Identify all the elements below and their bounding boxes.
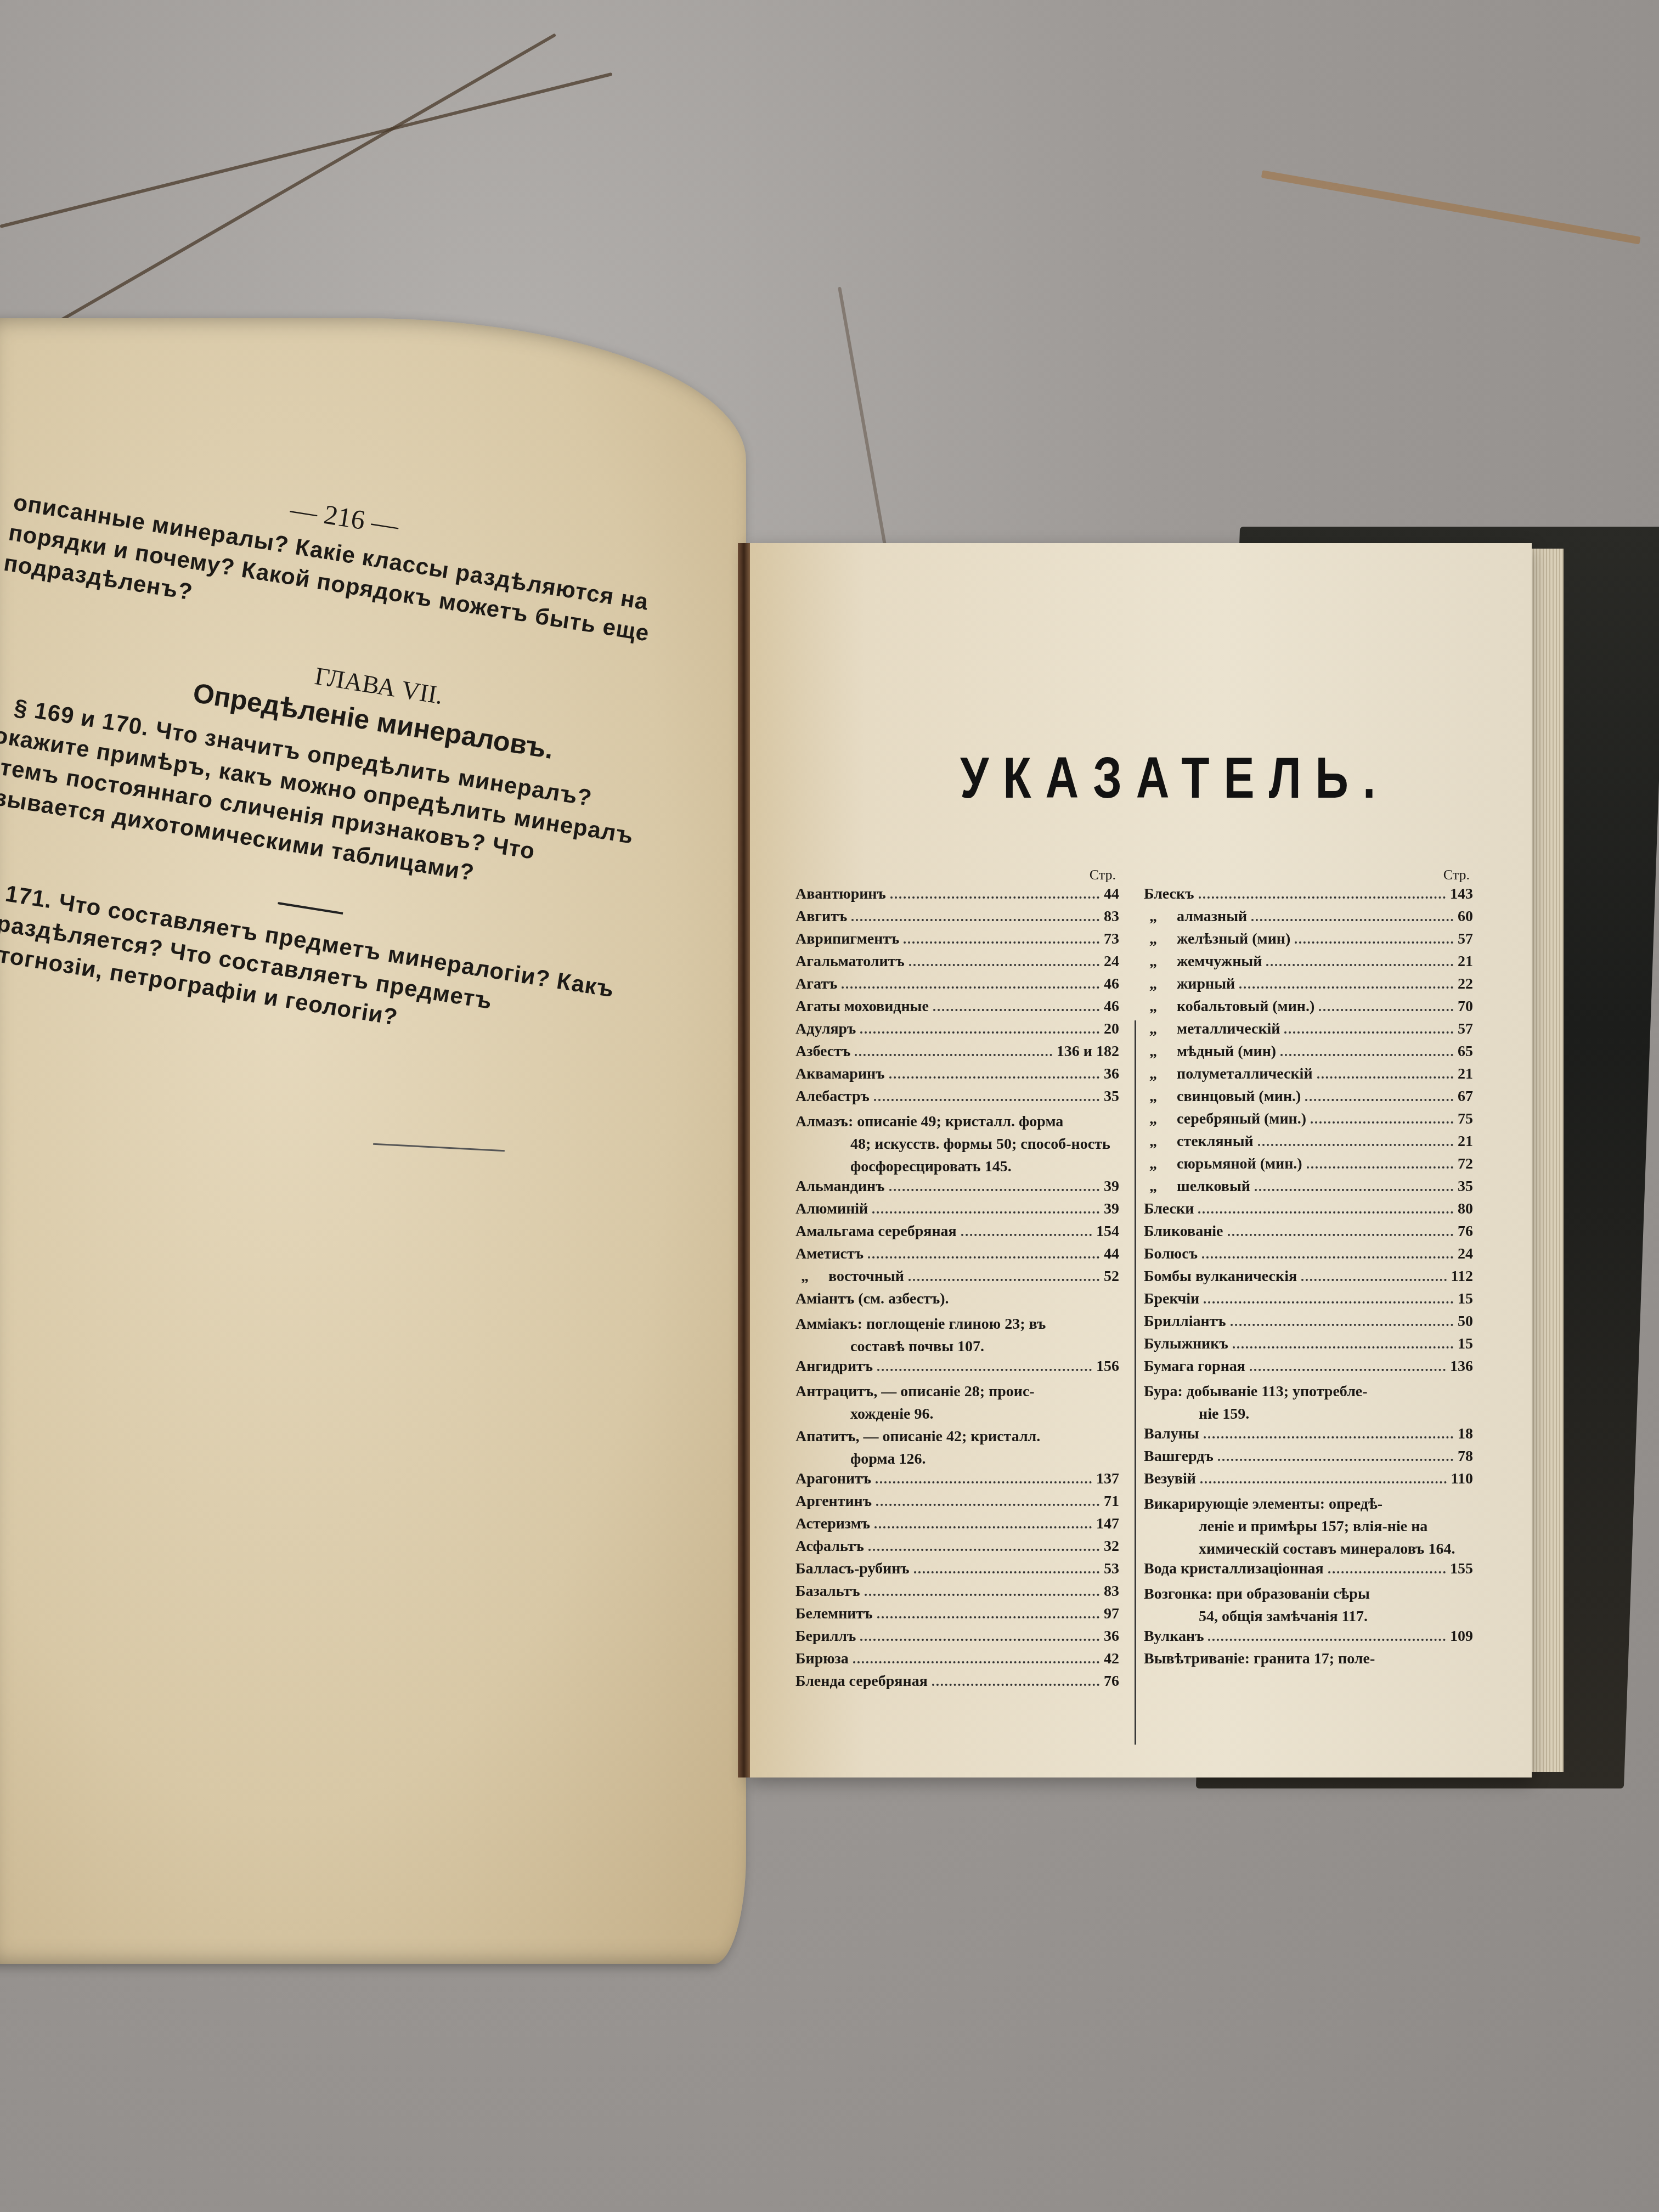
index-term: Астеризмъ xyxy=(795,1515,870,1533)
index-entry: Везувій110 xyxy=(1144,1470,1473,1493)
dot-leader xyxy=(851,919,1099,921)
index-title: УКАЗАТЕЛЬ. xyxy=(960,745,1390,811)
index-term: Бумага горная xyxy=(1144,1358,1245,1375)
index-term: свинцовый (мин.) xyxy=(1144,1088,1301,1105)
index-page-number: 24 xyxy=(1104,953,1119,970)
index-entry: Викарирующіе элементы: опредѣ-леніе и пр… xyxy=(1144,1493,1473,1560)
dot-leader xyxy=(865,1594,1099,1596)
index-term: желѣзный (мин) xyxy=(1144,930,1290,948)
index-page-number: 147 xyxy=(1096,1515,1119,1533)
index-term: Альмандинъ xyxy=(795,1178,885,1195)
index-entry: Блескъ143 xyxy=(1144,885,1473,908)
dot-leader xyxy=(904,941,1099,944)
index-page-number: 44 xyxy=(1104,885,1119,903)
index-term: сюрьмяной (мин.) xyxy=(1144,1155,1302,1173)
index-entry: Астеризмъ147 xyxy=(795,1515,1119,1538)
index-page-number: 44 xyxy=(1104,1245,1119,1263)
index-term: Алебастръ xyxy=(795,1088,870,1105)
index-term: Антрацитъ, — описаніе 28; проис- xyxy=(795,1383,1035,1400)
index-term: мѣдный (мин) xyxy=(1144,1043,1276,1060)
dot-leader xyxy=(877,1369,1092,1371)
index-term: Бирюза xyxy=(795,1650,849,1668)
dot-leader xyxy=(1317,1076,1453,1079)
index-entry: Валуны18 xyxy=(1144,1425,1473,1448)
dot-leader xyxy=(1218,1459,1453,1461)
index-page-number: 22 xyxy=(1458,975,1473,993)
index-entry: жирный22 xyxy=(1144,975,1473,998)
index-page-number: 112 xyxy=(1451,1268,1473,1285)
index-entry: Болюсъ24 xyxy=(1144,1245,1473,1268)
column-header: Стр. xyxy=(1144,867,1473,885)
index-entry: желѣзный (мин)57 xyxy=(1144,930,1473,953)
dot-leader xyxy=(868,1256,1099,1259)
index-page-number: 136 xyxy=(1450,1358,1473,1375)
index-term: Аміантъ (см. азбестъ). xyxy=(795,1290,949,1308)
index-term: Бриллiантъ xyxy=(1144,1313,1226,1330)
dot-leader xyxy=(1198,1211,1453,1214)
dot-leader xyxy=(853,1661,1099,1663)
index-term-continuation: леніе и примѣры 157; влія-ніе на химичес… xyxy=(1144,1515,1473,1560)
dot-leader xyxy=(1307,1166,1453,1169)
index-term: стекляный xyxy=(1144,1133,1254,1150)
index-page-number: 136 и 182 xyxy=(1057,1043,1119,1060)
index-page-number: 154 xyxy=(1096,1223,1119,1240)
index-term: Агатъ xyxy=(795,975,837,993)
index-page-number: 72 xyxy=(1458,1155,1473,1173)
index-page-number: 110 xyxy=(1451,1470,1473,1488)
dot-leader xyxy=(1255,1189,1453,1191)
index-page-number: 76 xyxy=(1104,1673,1119,1690)
index-entry: свинцовый (мин.)67 xyxy=(1144,1088,1473,1110)
index-term: Белемнитъ xyxy=(795,1605,873,1623)
index-entry: алмазный60 xyxy=(1144,908,1473,930)
index-entry: Агальматолитъ24 xyxy=(795,953,1119,975)
index-entry: Возгонка: при образованіи сѣры54, общія … xyxy=(1144,1583,1473,1628)
index-term: Азбестъ xyxy=(795,1043,850,1060)
index-term: Аквамаринъ xyxy=(795,1065,885,1083)
index-entry: Вулканъ109 xyxy=(1144,1628,1473,1650)
index-column-b: Стр. Блескъ143алмазный60желѣзный (мин)57… xyxy=(1144,867,1473,1673)
dot-leader xyxy=(1301,1279,1446,1281)
index-term: Болюсъ xyxy=(1144,1245,1198,1263)
index-page-number: 46 xyxy=(1104,998,1119,1015)
index-term: Вода кристаллизаціонная xyxy=(1144,1560,1324,1578)
index-term: Брекчіи xyxy=(1144,1290,1199,1308)
index-term-continuation: форма 126. xyxy=(795,1448,1119,1470)
index-page-number: 156 xyxy=(1096,1358,1119,1375)
index-term: Бликованіе xyxy=(1144,1223,1223,1240)
section-divider xyxy=(278,902,343,915)
index-page-number: 97 xyxy=(1104,1605,1119,1623)
index-entry: Базальтъ83 xyxy=(795,1583,1119,1605)
index-term: Бленда серебряная xyxy=(795,1673,928,1690)
index-page-number: 39 xyxy=(1104,1178,1119,1195)
index-term: Аргентинъ xyxy=(795,1493,872,1510)
index-term: Агальматолитъ xyxy=(795,953,905,970)
index-entry: Арагонитъ137 xyxy=(795,1470,1119,1493)
index-page-number: 35 xyxy=(1104,1088,1119,1105)
index-term-continuation: составѣ почвы 107. xyxy=(795,1335,1119,1358)
index-term: Авантюринъ xyxy=(795,885,886,903)
index-entry: Авгитъ83 xyxy=(795,908,1119,930)
dot-leader xyxy=(889,1076,1099,1079)
dot-leader xyxy=(874,1099,1099,1101)
index-entry: Аміантъ (см. азбестъ). xyxy=(795,1290,1119,1313)
dot-leader xyxy=(1204,1301,1453,1304)
index-entry: стекляный21 xyxy=(1144,1133,1473,1155)
index-entry: Амальгама серебряная154 xyxy=(795,1223,1119,1245)
index-term: Авгитъ xyxy=(795,908,847,926)
dot-leader xyxy=(877,1616,1100,1618)
index-entry: Вашгердъ78 xyxy=(1144,1448,1473,1470)
index-entry: Аммiакъ: поглощеніе глиною 23; въсоставѣ… xyxy=(795,1313,1119,1358)
index-term: восточный xyxy=(795,1268,904,1285)
page-edges xyxy=(1531,549,1564,1772)
index-entry: Аврипигментъ73 xyxy=(795,930,1119,953)
dot-leader xyxy=(1258,1144,1453,1146)
dot-leader xyxy=(1311,1121,1453,1124)
index-page-number: 60 xyxy=(1458,908,1473,926)
dot-leader xyxy=(860,1031,1099,1034)
index-page-number: 21 xyxy=(1458,1065,1473,1083)
index-page-number: 76 xyxy=(1458,1223,1473,1240)
index-term: Балласъ-рубинъ xyxy=(795,1560,910,1578)
index-entry: Аргентинъ71 xyxy=(795,1493,1119,1515)
index-term: Алюминій xyxy=(795,1200,868,1218)
index-term: Блескъ xyxy=(1144,885,1194,903)
index-term: Агаты моховидные xyxy=(795,998,929,1015)
dot-leader xyxy=(932,1684,1099,1686)
index-page-number: 18 xyxy=(1458,1425,1473,1443)
dot-leader xyxy=(872,1211,1099,1214)
index-page-number: 71 xyxy=(1104,1493,1119,1510)
index-page-number: 21 xyxy=(1458,953,1473,970)
index-entry: Брекчіи15 xyxy=(1144,1290,1473,1313)
index-term: Аметистъ xyxy=(795,1245,864,1263)
dot-leader xyxy=(961,1234,1092,1236)
index-entry: Ангидритъ156 xyxy=(795,1358,1119,1380)
dot-leader xyxy=(876,1504,1099,1506)
dot-leader xyxy=(1208,1639,1446,1641)
index-term-continuation: хожденіе 96. xyxy=(795,1403,1119,1425)
index-page-number: 36 xyxy=(1104,1628,1119,1645)
book-gutter xyxy=(738,543,750,1778)
index-page-number: 15 xyxy=(1458,1335,1473,1353)
dot-leader xyxy=(1251,919,1453,921)
index-term: Вулканъ xyxy=(1144,1628,1204,1645)
dot-leader xyxy=(860,1639,1099,1641)
index-entry: Бликованіе76 xyxy=(1144,1223,1473,1245)
index-term: полуметаллическій xyxy=(1144,1065,1313,1083)
index-entry: Апатитъ, — описаніе 42; кристалл.форма 1… xyxy=(795,1425,1119,1470)
index-page-number: 36 xyxy=(1104,1065,1119,1083)
index-term: Викарирующіе элементы: опредѣ- xyxy=(1144,1496,1383,1513)
index-entry: шелковый35 xyxy=(1144,1178,1473,1200)
index-term: металлическій xyxy=(1144,1020,1280,1038)
index-term: Аммiакъ: поглощеніе глиною 23; въ xyxy=(795,1316,1046,1333)
index-page-number: 20 xyxy=(1104,1020,1119,1038)
index-entry: серебряный (мин.)75 xyxy=(1144,1110,1473,1133)
dot-leader xyxy=(1295,941,1453,944)
index-entry: Блески80 xyxy=(1144,1200,1473,1223)
index-entry: Бура: добываніе 113; употребле-ніе 159. xyxy=(1144,1380,1473,1425)
index-entry: Вода кристаллизаціонная155 xyxy=(1144,1560,1473,1583)
index-entry: Альмандинъ39 xyxy=(795,1178,1119,1200)
dot-leader xyxy=(1266,964,1453,966)
dot-leader xyxy=(1204,1436,1453,1438)
dot-leader xyxy=(1228,1234,1453,1236)
index-page-number: 32 xyxy=(1104,1538,1119,1555)
index-term: шелковый xyxy=(1144,1178,1250,1195)
index-page-number: 80 xyxy=(1458,1200,1473,1218)
index-page-number: 109 xyxy=(1450,1628,1473,1645)
index-entry: Булыжникъ15 xyxy=(1144,1335,1473,1358)
index-term: жирный xyxy=(1144,975,1235,993)
index-entry: Антрацитъ, — описаніе 28; проис-хожденіе… xyxy=(795,1380,1119,1425)
index-page-number: 70 xyxy=(1458,998,1473,1015)
dot-leader xyxy=(842,986,1099,989)
index-entry: Алюминій39 xyxy=(795,1200,1119,1223)
index-term: Бомбы вулканическія xyxy=(1144,1268,1297,1285)
index-term: Возгонка: при образованіи сѣры xyxy=(1144,1585,1370,1602)
index-entry: Аметистъ44 xyxy=(795,1245,1119,1268)
dot-leader xyxy=(1305,1099,1453,1101)
dot-leader xyxy=(933,1009,1099,1011)
dot-leader xyxy=(1328,1571,1446,1573)
index-entry: Бриллiантъ50 xyxy=(1144,1313,1473,1335)
index-entry: восточный52 xyxy=(795,1268,1119,1290)
dot-leader xyxy=(1319,1009,1453,1011)
dot-leader xyxy=(1250,1369,1446,1371)
index-entry: металлическій57 xyxy=(1144,1020,1473,1043)
index-entry: полуметаллическій21 xyxy=(1144,1065,1473,1088)
index-term: Аврипигментъ xyxy=(795,930,899,948)
index-page-number: 35 xyxy=(1458,1178,1473,1195)
dot-leader xyxy=(1233,1346,1453,1348)
dot-leader xyxy=(889,1189,1099,1191)
dot-leader xyxy=(1199,896,1446,899)
index-page-number: 53 xyxy=(1104,1560,1119,1578)
marble-vein xyxy=(32,33,557,337)
index-entry: Вывѣтриваніе: гранита 17; поле- xyxy=(1144,1650,1473,1673)
index-term: Булыжникъ xyxy=(1144,1335,1228,1353)
index-entry: Белемнитъ97 xyxy=(795,1605,1119,1628)
index-term: жемчужный xyxy=(1144,953,1262,970)
index-entry: Бумага горная136 xyxy=(1144,1358,1473,1380)
marble-vein xyxy=(838,286,889,557)
index-page-number: 57 xyxy=(1458,930,1473,948)
index-entry: жемчужный21 xyxy=(1144,953,1473,975)
dot-leader xyxy=(1202,1256,1453,1259)
index-entry: Алмазъ: описаніе 49; кристалл. форма48; … xyxy=(795,1110,1119,1178)
index-term: кобальтовый (мин.) xyxy=(1144,998,1314,1015)
index-entry: Аквамаринъ36 xyxy=(795,1065,1119,1088)
index-entry: Агаты моховидные46 xyxy=(795,998,1119,1020)
dot-leader xyxy=(909,1279,1099,1281)
index-page-number: 24 xyxy=(1458,1245,1473,1263)
index-entry: Асфальтъ32 xyxy=(795,1538,1119,1560)
index-page-number: 67 xyxy=(1458,1088,1473,1105)
index-entry: Алебастръ35 xyxy=(795,1088,1119,1110)
index-term-continuation: 54, общія замѣчанія 117. xyxy=(1144,1605,1473,1628)
dot-leader xyxy=(876,1481,1092,1483)
index-term: Блески xyxy=(1144,1200,1194,1218)
dot-leader xyxy=(1200,1481,1447,1483)
index-term: Амальгама серебряная xyxy=(795,1223,957,1240)
dot-leader xyxy=(909,964,1099,966)
index-term: Арагонитъ xyxy=(795,1470,871,1488)
index-page-number: 137 xyxy=(1096,1470,1119,1488)
index-page-number: 39 xyxy=(1104,1200,1119,1218)
index-entry: Адуляръ20 xyxy=(795,1020,1119,1043)
marble-vein xyxy=(1261,170,1641,244)
index-term: Вывѣтриваніе: гранита 17; поле- xyxy=(1144,1650,1375,1668)
index-page-number: 65 xyxy=(1458,1043,1473,1060)
marble-vein xyxy=(0,72,613,228)
index-term: Ангидритъ xyxy=(795,1358,873,1375)
dot-leader xyxy=(914,1571,1099,1573)
index-page-number: 21 xyxy=(1458,1133,1473,1150)
dot-leader xyxy=(868,1549,1099,1551)
dot-leader xyxy=(1231,1324,1453,1326)
index-page-number: 83 xyxy=(1104,1583,1119,1600)
index-page-number: 52 xyxy=(1104,1268,1119,1285)
dot-leader xyxy=(1284,1031,1453,1034)
index-page-number: 42 xyxy=(1104,1650,1119,1668)
index-entry: кобальтовый (мин.)70 xyxy=(1144,998,1473,1020)
dot-leader xyxy=(1280,1054,1453,1056)
index-page-number: 57 xyxy=(1458,1020,1473,1038)
index-term: Везувій xyxy=(1144,1470,1196,1488)
dot-leader xyxy=(855,1054,1052,1056)
index-page-number: 46 xyxy=(1104,975,1119,993)
index-term: Вашгердъ xyxy=(1144,1448,1214,1465)
index-term-continuation: 48; искусств. формы 50; способ-ность фос… xyxy=(795,1133,1119,1178)
index-page-number: 155 xyxy=(1450,1560,1473,1578)
index-page-number: 15 xyxy=(1458,1290,1473,1308)
index-entry: Бленда серебряная76 xyxy=(795,1673,1119,1695)
index-term: Валуны xyxy=(1144,1425,1199,1443)
index-column-a: Стр. Авантюринъ44Авгитъ83Аврипигментъ73А… xyxy=(795,867,1119,1695)
index-entry: Азбестъ136 и 182 xyxy=(795,1043,1119,1065)
index-entry: Бериллъ36 xyxy=(795,1628,1119,1650)
dot-leader xyxy=(1239,986,1453,989)
index-term: Бура: добываніе 113; употребле- xyxy=(1144,1383,1368,1400)
index-page-number: 83 xyxy=(1104,908,1119,926)
index-page-number: 50 xyxy=(1458,1313,1473,1330)
index-term: серебряный (мин.) xyxy=(1144,1110,1306,1128)
index-term: Асфальтъ xyxy=(795,1538,864,1555)
index-term: Базальтъ xyxy=(795,1583,860,1600)
index-term: алмазный xyxy=(1144,908,1247,926)
index-page-number: 78 xyxy=(1458,1448,1473,1465)
index-entry: Бирюза42 xyxy=(795,1650,1119,1673)
index-entry: Бомбы вулканическія112 xyxy=(1144,1268,1473,1290)
index-page-number: 143 xyxy=(1450,885,1473,903)
index-entry: Агатъ46 xyxy=(795,975,1119,998)
index-term: Апатитъ, — описаніе 42; кристалл. xyxy=(795,1428,1040,1445)
index-entry: сюрьмяной (мин.)72 xyxy=(1144,1155,1473,1178)
index-page-number: 73 xyxy=(1104,930,1119,948)
index-term: Алмазъ: описаніе 49; кристалл. форма xyxy=(795,1113,1063,1130)
index-entry: мѣдный (мин)65 xyxy=(1144,1043,1473,1065)
index-page-number: 75 xyxy=(1458,1110,1473,1128)
index-entry: Балласъ-рубинъ53 xyxy=(795,1560,1119,1583)
dot-leader xyxy=(890,896,1099,899)
column-header: Стр. xyxy=(795,867,1119,885)
index-term-continuation: ніе 159. xyxy=(1144,1403,1473,1425)
column-divider xyxy=(1135,1020,1136,1745)
dot-leader xyxy=(874,1526,1092,1528)
index-term: Адуляръ xyxy=(795,1020,856,1038)
index-entry: Авантюринъ44 xyxy=(795,885,1119,908)
index-term: Бериллъ xyxy=(795,1628,856,1645)
